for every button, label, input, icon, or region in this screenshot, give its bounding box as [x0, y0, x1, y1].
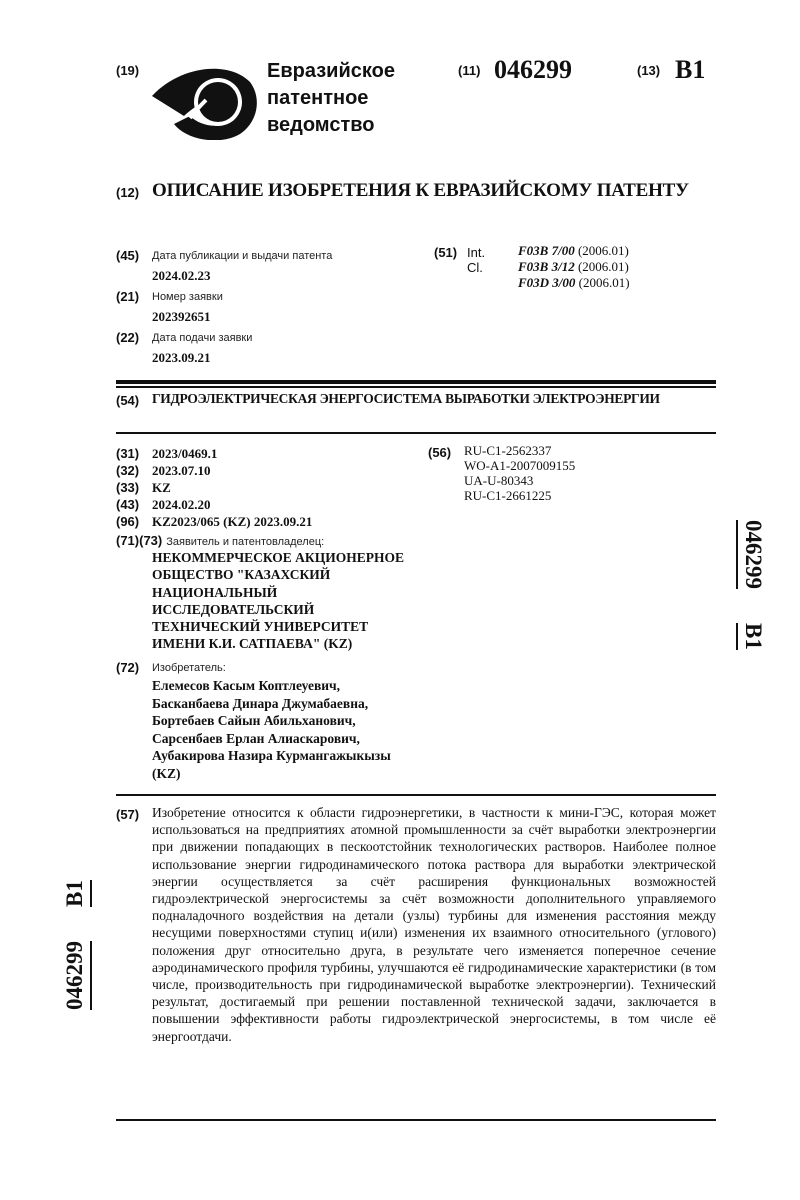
inid-code-45: (45)	[116, 248, 139, 263]
publication-date-label: Дата публикации и выдачи патента	[152, 250, 332, 262]
side-stamp-kind: B1	[62, 880, 92, 907]
side-stamp-number: 046299	[62, 941, 92, 1010]
org-name-line-3: ведомство	[267, 112, 395, 139]
inid-code-11: (11)	[458, 63, 480, 78]
inid-code-54: (54)	[116, 393, 139, 408]
application-publication-value: 2024.02.20	[152, 497, 211, 513]
ipc-version: (2006.01)	[578, 259, 629, 274]
inid-code-21: (21)	[116, 289, 139, 304]
double-rule-top	[116, 380, 716, 384]
org-name-line-2: патентное	[267, 85, 395, 112]
ipc-code: F03B 3/12	[518, 259, 575, 274]
invention-title: ГИДРОЭЛЕКТРИЧЕСКАЯ ЭНЕРГОСИСТЕМА ВЫРАБОТ…	[152, 391, 660, 407]
citation-item: RU-C1-2562337	[464, 443, 575, 458]
application-number-value: 202392651	[152, 309, 211, 325]
inid-code-33: (33)	[116, 480, 139, 495]
publication-date-value: 2024.02.23	[152, 268, 211, 284]
cited-documents: RU-C1-2562337 WO-A1-2007009155 UA-U-8034…	[464, 443, 575, 503]
title-divider	[116, 432, 716, 434]
inid-code-22: (22)	[116, 330, 139, 345]
priority-date-value: 2023.07.10	[152, 463, 211, 479]
filing-date-value: 2023.09.21	[152, 350, 211, 366]
citation-item: WO-A1-2007009155	[464, 458, 575, 473]
eapo-eye-logo-icon	[150, 60, 260, 140]
inid-code-96: (96)	[116, 514, 139, 529]
filing-date-label: Дата подачи заявки	[152, 332, 252, 344]
double-rule-bottom	[116, 386, 716, 388]
inid-code-12: (12)	[116, 185, 139, 200]
inid-code-43: (43)	[116, 497, 139, 512]
org-name-line-1: Евразийское	[267, 58, 395, 85]
inventor-names: Елемесов Касым Коптлеуевич, Басканбаева …	[152, 677, 392, 782]
inid-code-31: (31)	[116, 446, 139, 461]
organization-name: Евразийское патентное ведомство	[267, 58, 395, 139]
int-cl-label: Int. Cl.	[467, 245, 485, 275]
patent-number: 046299	[494, 55, 572, 85]
inid-code-51: (51)	[434, 245, 457, 260]
inid-code-71-73: (71)(73)	[116, 533, 162, 548]
side-stamp-right: 046299B1	[736, 520, 766, 650]
inid-code-72: (72)	[116, 660, 139, 675]
side-stamp-number: 046299	[736, 520, 766, 589]
citation-item: UA-U-80343	[464, 473, 575, 488]
abstract-text: Изобретение относится к области гидроэне…	[152, 804, 716, 1045]
side-stamp-kind: B1	[736, 623, 766, 650]
applicant-label-row: (71)(73) Заявитель и патентовладелец:	[116, 532, 324, 550]
applicant-name: НЕКОММЕРЧЕСКОЕ АКЦИОНЕРНОЕ ОБЩЕСТВО "КАЗ…	[152, 549, 412, 653]
citation-item: RU-C1-2661225	[464, 488, 575, 503]
abstract-divider	[116, 794, 716, 796]
regional-application-value: KZ2023/065 (KZ) 2023.09.21	[152, 514, 312, 530]
inid-code-56: (56)	[428, 445, 451, 460]
inid-code-57: (57)	[116, 807, 139, 822]
inid-code-19: (19)	[116, 63, 139, 78]
kind-code: B1	[675, 55, 705, 85]
ipc-code: F03D 3/00	[518, 275, 575, 290]
document-title: ОПИСАНИЕ ИЗОБРЕТЕНИЯ К ЕВРАЗИЙСКОМУ ПАТЕ…	[152, 180, 689, 202]
ipc-code: F03B 7/00	[518, 243, 575, 258]
priority-country-value: KZ	[152, 480, 171, 496]
ipc-class-row: F03D 3/00 (2006.01)	[518, 275, 630, 291]
applicant-label: Заявитель и патентовладелец:	[166, 536, 324, 548]
ipc-version: (2006.01)	[579, 275, 630, 290]
footer-rule	[116, 1119, 716, 1121]
ipc-class-row: F03B 3/12 (2006.01)	[518, 259, 630, 275]
priority-number-value: 2023/0469.1	[152, 446, 217, 462]
ipc-class-row: F03B 7/00 (2006.01)	[518, 243, 630, 259]
application-number-label: Номер заявки	[152, 291, 223, 303]
inid-code-13: (13)	[637, 63, 660, 78]
side-stamp-left: 046299B1	[62, 880, 92, 1010]
inventor-label: Изобретатель:	[152, 662, 226, 674]
ipc-version: (2006.01)	[578, 243, 629, 258]
inid-code-32: (32)	[116, 463, 139, 478]
